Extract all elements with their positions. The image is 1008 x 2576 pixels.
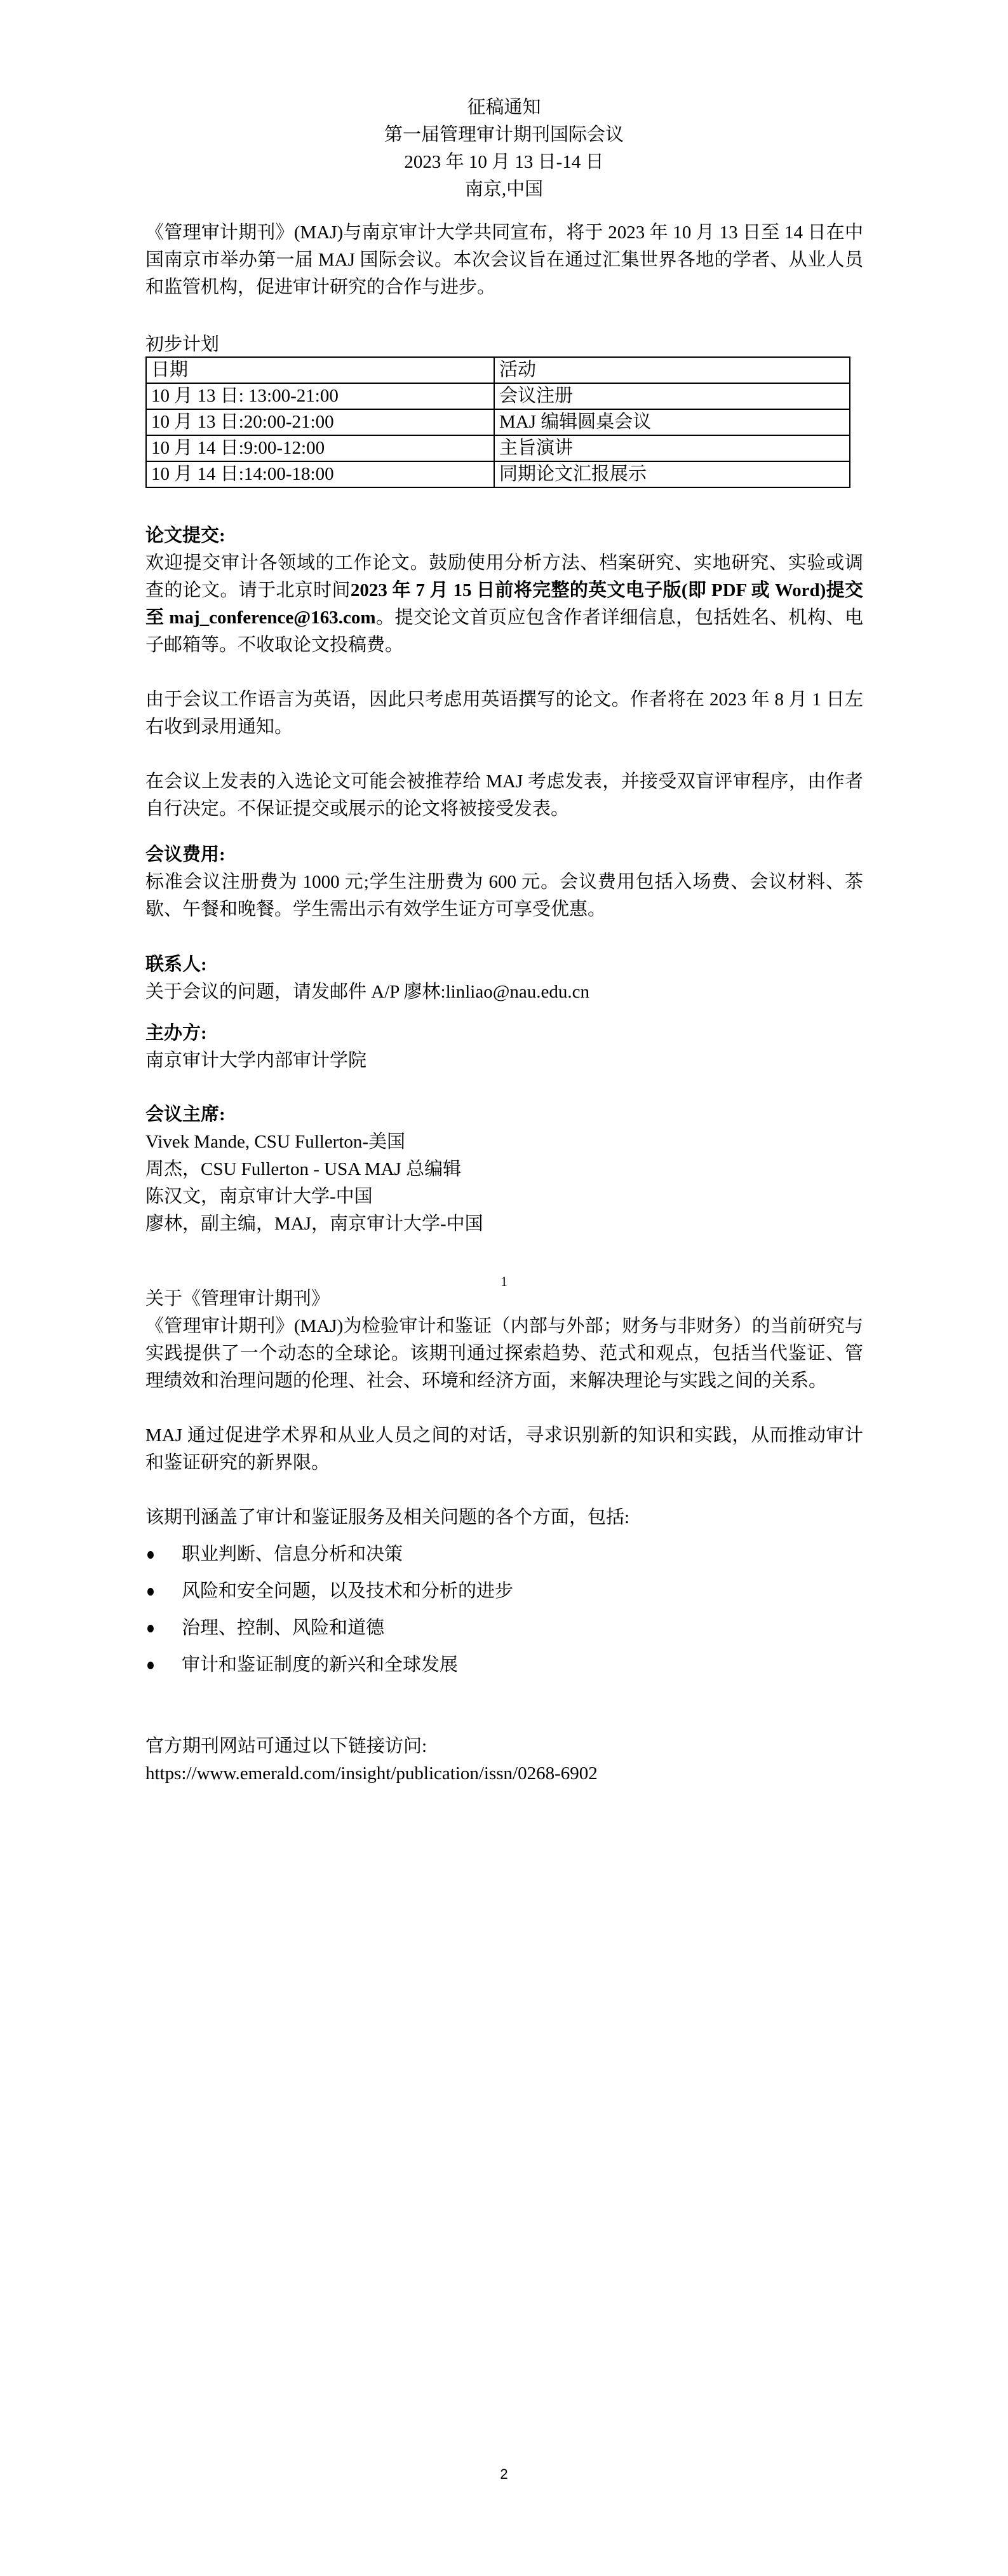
about-paragraph: 《管理审计期刊》(MAJ)为检验审计和鉴证（内部与外部；财务与非财务）的当前研究… <box>145 1313 863 1395</box>
chair-item: 陈汉文，南京审计大学-中国 <box>145 1183 863 1210</box>
list-item: 职业判断、信息分析和决策 <box>145 1541 863 1568</box>
topic-text: 风险和安全问题，以及技术和分析的进步 <box>182 1581 513 1601</box>
host-heading: 主办方: <box>145 1020 863 1047</box>
call-for-papers-title: 征稿通知 <box>0 94 1008 121</box>
schedule-activity: MAJ 编辑圆桌会议 <box>494 409 850 435</box>
bullet-icon <box>147 1551 154 1559</box>
table-header-row: 日期 活动 <box>146 357 850 383</box>
contact-section: 联系人: 关于会议的问题，请发邮件 A/P 廖林:linliao@nau.edu… <box>145 951 863 1006</box>
conference-location: 南京,中国 <box>0 176 1008 203</box>
chair-item: 廖林，副主编，MAJ，南京审计大学-中国 <box>145 1210 863 1238</box>
bullet-icon <box>147 1625 154 1632</box>
about-scope-intro: 该期刊涵盖了审计和鉴证服务及相关问题的各个方面，包括: <box>145 1504 863 1531</box>
topic-text: 治理、控制、风险和道德 <box>182 1618 384 1638</box>
schedule-date: 10 月 14 日:14:00-18:00 <box>146 461 494 487</box>
bullet-icon <box>147 1662 154 1669</box>
schedule-activity: 会议注册 <box>494 383 850 409</box>
schedule-activity: 主旨演讲 <box>494 435 850 461</box>
chairs-section: 会议主席: Vivek Mande, CSU Fullerton-美国 周杰，C… <box>145 1101 863 1238</box>
table-row: 10 月 13 日:20:00-21:00 MAJ 编辑圆桌会议 <box>146 409 850 435</box>
host-section: 主办方: 南京审计大学内部审计学院 <box>145 1020 863 1074</box>
website-label: 官方期刊网站可通过以下链接访问: <box>145 1733 863 1760</box>
schedule-date: 10 月 13 日: 13:00-21:00 <box>146 383 494 409</box>
website-section: 官方期刊网站可通过以下链接访问: https://www.emerald.com… <box>145 1733 863 1787</box>
host-text: 南京审计大学内部审计学院 <box>145 1047 863 1074</box>
list-item: 治理、控制、风险和道德 <box>145 1615 863 1642</box>
fees-paragraph: 标准会议注册费为 1000 元;学生注册费为 600 元。会议费用包括入场费、会… <box>145 869 863 923</box>
topic-text: 职业判断、信息分析和决策 <box>182 1544 403 1564</box>
intro-section: 《管理审计期刊》(MAJ)与南京审计大学共同宣布，将于 2023 年 10 月 … <box>145 219 863 301</box>
about-section: 关于《管理审计期刊》 《管理审计期刊》(MAJ)为检验审计和鉴证（内部与外部；财… <box>145 1285 863 1688</box>
chairs-heading: 会议主席: <box>145 1101 863 1129</box>
schedule-section: 初步计划 日期 活动 10 月 13 日: 13:00-21:00 会议注册 1… <box>145 332 863 488</box>
column-header-activity: 活动 <box>494 357 850 383</box>
topics-list: 职业判断、信息分析和决策 风险和安全问题，以及技术和分析的进步 治理、控制、风险… <box>145 1541 863 1679</box>
topic-text: 审计和鉴证制度的新兴和全球发展 <box>182 1655 458 1675</box>
submission-heading: 论文提交: <box>145 522 863 550</box>
page-number-2: 2 <box>0 2465 1008 2483</box>
contact-heading: 联系人: <box>145 951 863 979</box>
schedule-activity: 同期论文汇报展示 <box>494 461 850 487</box>
column-header-date: 日期 <box>146 357 494 383</box>
conference-dates: 2023 年 10 月 13 日-14 日 <box>0 149 1008 176</box>
conference-title: 第一届管理审计期刊国际会议 <box>0 121 1008 149</box>
table-row: 10 月 14 日:14:00-18:00 同期论文汇报展示 <box>146 461 850 487</box>
table-row: 10 月 13 日: 13:00-21:00 会议注册 <box>146 383 850 409</box>
about-heading: 关于《管理审计期刊》 <box>145 1285 863 1313</box>
schedule-title: 初步计划 <box>145 332 863 356</box>
schedule-date: 10 月 14 日:9:00-12:00 <box>146 435 494 461</box>
chair-item: 周杰，CSU Fullerton - USA MAJ 总编辑 <box>145 1156 863 1183</box>
intro-paragraph: 《管理审计期刊》(MAJ)与南京审计大学共同宣布，将于 2023 年 10 月 … <box>145 219 863 301</box>
contact-text: 关于会议的问题，请发邮件 A/P 廖林:linliao@nau.edu.cn <box>145 979 863 1006</box>
document-page: 征稿通知 第一届管理审计期刊国际会议 2023 年 10 月 13 日-14 日… <box>0 0 1008 2576</box>
table-row: 10 月 14 日:9:00-12:00 主旨演讲 <box>146 435 850 461</box>
submission-section: 论文提交: 欢迎提交审计各领域的工作论文。鼓励使用分析方法、档案研究、实地研究、… <box>145 522 863 823</box>
bullet-icon <box>147 1588 154 1596</box>
fees-section: 会议费用: 标准会议注册费为 1000 元;学生注册费为 600 元。会议费用包… <box>145 841 863 923</box>
list-item: 审计和鉴证制度的新兴和全球发展 <box>145 1651 863 1679</box>
list-item: 风险和安全问题，以及技术和分析的进步 <box>145 1578 863 1605</box>
website-link[interactable]: https://www.emerald.com/insight/publicat… <box>145 1760 863 1787</box>
schedule-table: 日期 活动 10 月 13 日: 13:00-21:00 会议注册 10 月 1… <box>145 356 850 488</box>
schedule-date: 10 月 13 日:20:00-21:00 <box>146 409 494 435</box>
publication-paragraph: 在会议上发表的入选论文可能会被推荐给 MAJ 考虑发表，并接受双盲评审程序，由作… <box>145 768 863 823</box>
language-paragraph: 由于会议工作语言为英语，因此只考虑用英语撰写的论文。作者将在 2023 年 8 … <box>145 686 863 741</box>
fees-heading: 会议费用: <box>145 841 863 869</box>
submission-paragraph: 欢迎提交审计各领域的工作论文。鼓励使用分析方法、档案研究、实地研究、实验或调查的… <box>145 550 863 659</box>
chair-item: Vivek Mande, CSU Fullerton-美国 <box>145 1129 863 1156</box>
about-mission-paragraph: MAJ 通过促进学术界和从业人员之间的对话，寻求识别新的知识和实践，从而推动审计… <box>145 1422 863 1477</box>
document-header: 征稿通知 第一届管理审计期刊国际会议 2023 年 10 月 13 日-14 日… <box>0 94 1008 203</box>
